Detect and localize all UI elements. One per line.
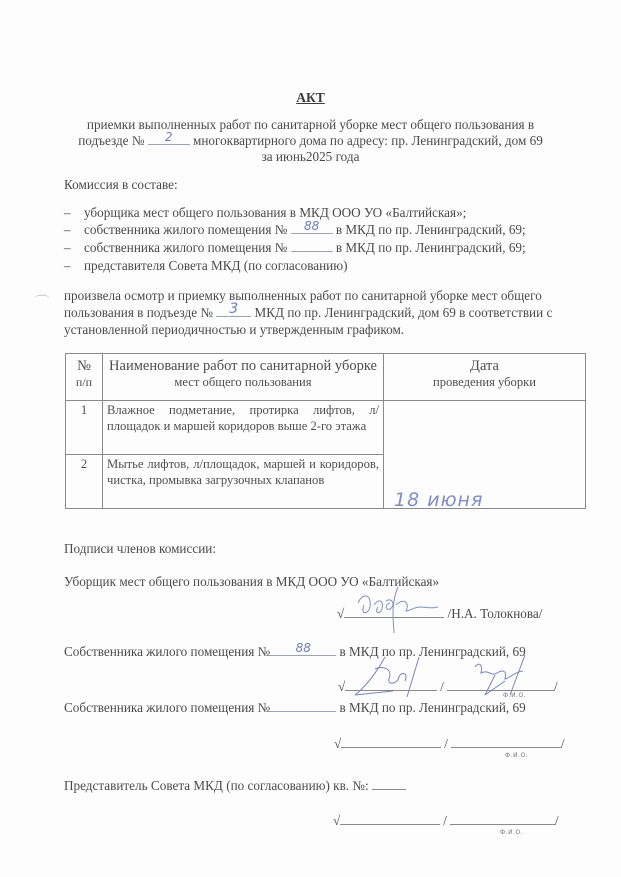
table-header-row: № п/п Наименование работ по санитарной у…: [66, 354, 586, 401]
representative-signature-row: √//: [333, 810, 559, 829]
owner2-apartment-field[interactable]: [270, 711, 336, 712]
owner1-apartment-field[interactable]: 88: [270, 655, 336, 656]
entrance-number-field[interactable]: 2: [148, 144, 190, 145]
commission-label: Комиссия в составе:: [64, 177, 178, 193]
header-work-name: Наименование работ по санитарной уборке …: [103, 354, 384, 401]
cleaner-signature-scribble: [350, 585, 450, 635]
fio-caption: Ф.И.О.: [500, 829, 523, 836]
row-num: 2: [66, 455, 103, 509]
cleaner-name: /Н.А. Толокнова/: [448, 606, 543, 621]
row-work-name: Мытье лифтов, л/площадок, маршей и корид…: [103, 455, 384, 509]
document-title: АКТ: [0, 90, 621, 106]
fio-caption: Ф.И.О.: [505, 752, 528, 759]
owner2-name-field[interactable]: [451, 733, 561, 748]
owner2-row: Собственника жилого помещения № в МКД по…: [64, 700, 526, 716]
signatures-heading: Подписи членов комиссии:: [64, 541, 216, 557]
member-item: –собственника жилого помещения № в МКД п…: [64, 240, 526, 256]
subtitle-suffix: многоквартирного дома по адресу: пр. Лен…: [193, 133, 543, 148]
cleaning-date-handwritten: 18 июня: [394, 492, 483, 508]
subtitle-line-2: подъезде № 2 многоквартирного дома по ад…: [0, 133, 621, 149]
apartment-number-field[interactable]: 88: [291, 233, 333, 234]
entrance-number-field[interactable]: 3: [216, 316, 251, 317]
statement-line-3: установленной периодичностью и утвержден…: [64, 322, 404, 338]
owner2-signature-row: √//: [334, 733, 565, 752]
representative-row: Представитель Совета МКД (по согласовани…: [64, 777, 406, 794]
subtitle-line-3: за июнь2025 года: [0, 149, 621, 165]
subtitle-prefix: подъезде №: [78, 133, 144, 148]
scan-mark: ⌒: [35, 292, 49, 312]
row-num: 1: [66, 401, 103, 455]
owner2-signature-field[interactable]: [341, 733, 441, 748]
table-row: 1 Влажное подметание, протирка лифтов, л…: [66, 401, 586, 455]
row-work-name: Влажное подметание, протирка лифтов, л/п…: [103, 401, 384, 455]
works-table: № п/п Наименование работ по санитарной у…: [65, 353, 586, 509]
representative-name-field[interactable]: [450, 810, 555, 825]
member-item: –уборщика мест общего пользования в МКД …: [64, 205, 466, 221]
subtitle-line-1: приемки выполненных работ по санитарной …: [0, 117, 621, 133]
member-item: –представителя Совета МКД (по согласован…: [64, 258, 347, 274]
statement-line-1: произвела осмотр и приемку выполненных р…: [64, 288, 542, 304]
member-item: –собственника жилого помещения № 88 в МК…: [64, 222, 526, 238]
entrance-number-handwritten: 2: [148, 130, 190, 144]
apartment-number-field[interactable]: [291, 251, 333, 252]
statement-line-2: пользования в подъезде № 3 МКД по пр. Ле…: [64, 305, 552, 321]
representative-apartment-field[interactable]: [372, 777, 406, 790]
representative-signature-field[interactable]: [340, 810, 440, 825]
header-date: Дата проведения уборки: [384, 354, 586, 401]
header-num: № п/п: [66, 354, 103, 401]
owner1-signature-scribble: [345, 655, 555, 700]
cleaning-date-cell[interactable]: 18 июня: [384, 401, 586, 509]
